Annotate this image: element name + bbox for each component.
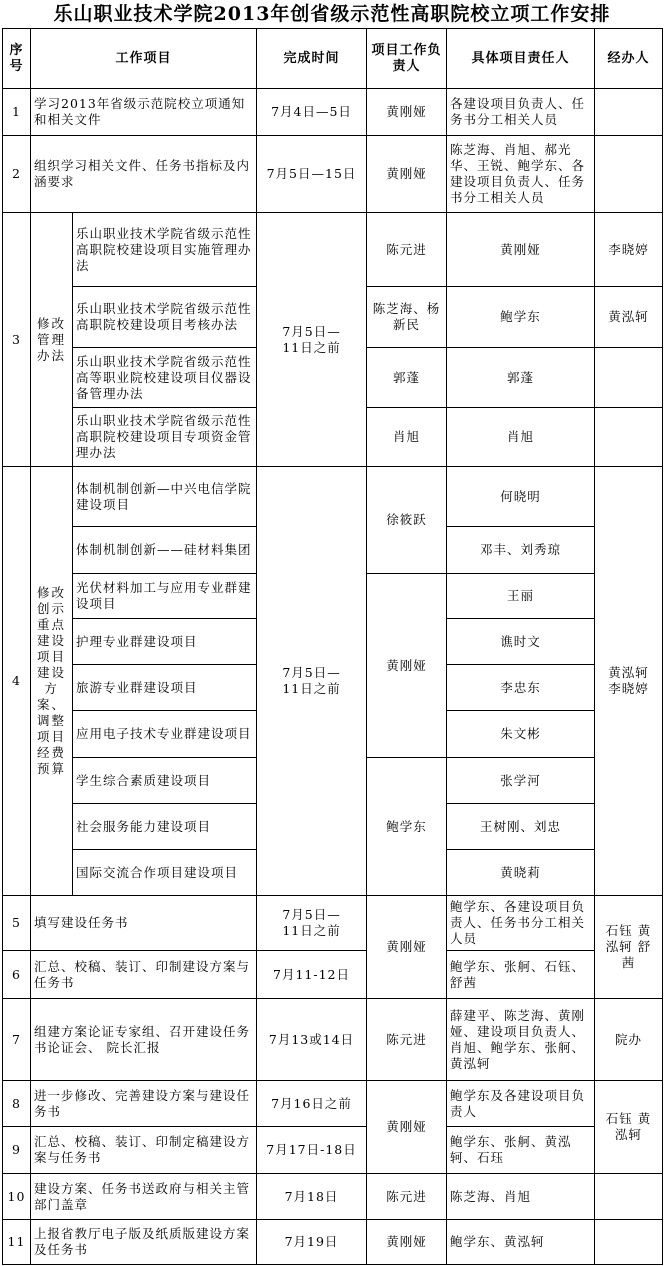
- row-handler: [595, 136, 663, 213]
- table-row: 4 修改创示重点建设项目建设方案、调整项目经费预算 体制机制创新—中兴电信学院建…: [3, 467, 663, 527]
- row-item: 组织学习相关文件、任务书指标及内涵要求: [31, 136, 257, 213]
- sub-lead: 肖旭: [367, 408, 447, 467]
- row-item: 汇总、校稿、装订、印制定稿建设方案与任务书: [31, 1127, 257, 1174]
- header-handler: 经办人: [595, 29, 663, 89]
- sub-item: 体制机制创新—中兴电信学院建设项目: [73, 467, 257, 527]
- sub-owner: 邓丰、刘秀琼: [447, 527, 595, 574]
- row-item: 上报省教厅电子版及纸质版建设方案及任务书: [31, 1220, 257, 1265]
- sub-owner: 鲍学东: [447, 287, 595, 348]
- row-handler: [595, 89, 663, 136]
- sub-owner: 肖旭: [447, 408, 595, 467]
- row-time: 7月16日之前: [257, 1081, 367, 1127]
- row-handler: 院办: [595, 999, 663, 1081]
- table-row: 3 修改管理办法 乐山职业技术学院省级示范性高职院校建设项目实施管理办法 7月5…: [3, 213, 663, 287]
- row-lead: 黄刚娅: [367, 89, 447, 136]
- table-row: 2 组织学习相关文件、任务书指标及内涵要求 7月5日—15日 黄刚娅 陈芝海、肖…: [3, 136, 663, 213]
- row-owner: 陈芝海、肖旭: [447, 1174, 595, 1220]
- sub-handler: [595, 408, 663, 467]
- sub-owner: 黄刚娅: [447, 213, 595, 287]
- row-lead: 黄刚娅: [367, 1220, 447, 1265]
- row-time: 7月13或14日: [257, 999, 367, 1081]
- row-owner: 鲍学东、各建设项目负责人、任务书分工相关人员: [447, 896, 595, 951]
- header-lead: 项目工作负责人: [367, 29, 447, 89]
- header-seq: 序号: [3, 29, 31, 89]
- row-handler: 石钰 黄泓轲: [595, 1081, 663, 1174]
- row-seq: 10: [3, 1174, 31, 1220]
- row-group: 修改创示重点建设项目建设方案、调整项目经费预算: [31, 467, 73, 896]
- row-time: 7月18日: [257, 1174, 367, 1220]
- row-time: 7月17日-18日: [257, 1127, 367, 1174]
- sub-item: 国际交流合作项目建设项目: [73, 850, 257, 896]
- row-handler: [595, 1174, 663, 1220]
- row-seq: 6: [3, 951, 31, 999]
- row-seq: 2: [3, 136, 31, 213]
- sub-lead: 陈元进: [367, 213, 447, 287]
- row-time: 7月19日: [257, 1220, 367, 1265]
- sub-owner: 何晓明: [447, 467, 595, 527]
- table-row: 11 上报省教厅电子版及纸质版建设方案及任务书 7月19日 黄刚娅 鲍学东、黄泓…: [3, 1220, 663, 1265]
- header-time: 完成时间: [257, 29, 367, 89]
- row-time: 7月11-12日: [257, 951, 367, 999]
- row-item: 建设方案、任务书送政府与相关主管部门盖章: [31, 1174, 257, 1220]
- sub-item: 光伏材料加工与应用专业群建设项目: [73, 574, 257, 619]
- row-owner: 鲍学东、张舸、石钰、舒茜: [447, 951, 595, 999]
- sub-owner: 李忠东: [447, 665, 595, 711]
- row-time: 7月4日—5日: [257, 89, 367, 136]
- table-row: 1 学习2013年省级示范院校立项通知和相关文件 7月4日—5日 黄刚娅 各建设…: [3, 89, 663, 136]
- table-row: 8 进一步修改、完善建设方案与建设任务书 7月16日之前 黄刚娅 鲍学东及各建设…: [3, 1081, 663, 1127]
- row-time: 7月5日—11日之前: [257, 896, 367, 951]
- sub-owner: 张学河: [447, 758, 595, 804]
- sub-item: 护理专业群建设项目: [73, 619, 257, 665]
- sub-lead: 徐筱跃: [367, 467, 447, 574]
- row-seq: 1: [3, 89, 31, 136]
- sub-item: 乐山职业技术学院省级示范性高职院校建设项目实施管理办法: [73, 213, 257, 287]
- table-row: 5 填写建设任务书 7月5日—11日之前 黄刚娅 鲍学东、各建设项目负责人、任务…: [3, 896, 663, 951]
- row-item: 组建方案论证专家组、召开建设任务书论证会、 院长汇报: [31, 999, 257, 1081]
- sub-item: 学生综合素质建设项目: [73, 758, 257, 804]
- sub-handler: 黄泓轲: [595, 287, 663, 348]
- sub-item: 社会服务能力建设项目: [73, 804, 257, 850]
- table-row: 7 组建方案论证专家组、召开建设任务书论证会、 院长汇报 7月13或14日 陈元…: [3, 999, 663, 1081]
- row-item: 填写建设任务书: [31, 896, 257, 951]
- sub-item: 应用电子技术专业群建设项目: [73, 711, 257, 758]
- sub-owner: 王丽: [447, 574, 595, 619]
- document-title: 乐山职业技术学院2013年创省级示范性高职院校立项工作安排: [0, 0, 664, 28]
- sub-lead: 黄刚娅: [367, 574, 447, 758]
- row-owner: 陈芝海、肖旭、郝光华、王锐、鲍学东、各建设项目负责人、任务书分工相关人员: [447, 136, 595, 213]
- row-lead: 黄刚娅: [367, 136, 447, 213]
- row-handler: [595, 1220, 663, 1265]
- row-lead: 黄刚娅: [367, 896, 447, 999]
- row-time: 7月5日—11日之前: [257, 467, 367, 896]
- sub-item: 乐山职业技术学院省级示范性高职院校建设项目考核办法: [73, 287, 257, 348]
- sub-item: 旅游专业群建设项目: [73, 665, 257, 711]
- row-seq: 4: [3, 467, 31, 896]
- row-handler: 黄泓轲 李晓婷: [595, 467, 663, 896]
- sub-item: 乐山职业技术学院省级示范性高职院校建设项目专项资金管理办法: [73, 408, 257, 467]
- sub-owner: 谯时文: [447, 619, 595, 665]
- table-row: 10 建设方案、任务书送政府与相关主管部门盖章 7月18日 陈元进 陈芝海、肖旭: [3, 1174, 663, 1220]
- sub-lead: 郭蓬: [367, 348, 447, 408]
- row-seq: 11: [3, 1220, 31, 1265]
- row-group: 修改管理办法: [31, 213, 73, 467]
- row-seq: 3: [3, 213, 31, 467]
- row-handler: 石钰 黄泓轲 舒茜: [595, 896, 663, 999]
- sub-owner: 黄晓莉: [447, 850, 595, 896]
- row-owner: 鲍学东及各建设项目负责人: [447, 1081, 595, 1127]
- row-seq: 7: [3, 999, 31, 1081]
- row-owner: 薛建平、陈芝海、黄刚娅、建设项目负责人、肖旭、鲍学东、张舸、黄泓轲: [447, 999, 595, 1081]
- work-schedule-table: 序号 工作项目 完成时间 项目工作负责人 具体项目责任人 经办人 1 学习201…: [2, 28, 663, 1265]
- row-seq: 5: [3, 896, 31, 951]
- row-item: 汇总、校稿、装订、印制建设方案与任务书: [31, 951, 257, 999]
- sub-item: 体制机制创新——硅材料集团: [73, 527, 257, 574]
- row-seq: 9: [3, 1127, 31, 1174]
- table-row: 9 汇总、校稿、装订、印制定稿建设方案与任务书 7月17日-18日 鲍学东、张舸…: [3, 1127, 663, 1174]
- row-time: 7月5日—11日之前: [257, 213, 367, 467]
- row-owner: 鲍学东、张舸、黄泓轲、石珏: [447, 1127, 595, 1174]
- row-lead: 黄刚娅: [367, 1081, 447, 1174]
- sub-owner: 朱文彬: [447, 711, 595, 758]
- row-owner: 各建设项目负责人、任务书分工相关人员: [447, 89, 595, 136]
- sub-handler: [595, 348, 663, 408]
- sub-lead: 陈芝海、杨新民: [367, 287, 447, 348]
- row-seq: 8: [3, 1081, 31, 1127]
- sub-item: 乐山职业技术学院省级示范性高等职业院校建设项目仪器设备管理办法: [73, 348, 257, 408]
- sub-lead: 鲍学东: [367, 758, 447, 896]
- header-row: 序号 工作项目 完成时间 项目工作负责人 具体项目责任人 经办人: [3, 29, 663, 89]
- sub-owner: 王树刚、刘忠: [447, 804, 595, 850]
- header-owner: 具体项目责任人: [447, 29, 595, 89]
- row-lead: 陈元进: [367, 999, 447, 1081]
- sub-handler: 李晓婷: [595, 213, 663, 287]
- row-time: 7月5日—15日: [257, 136, 367, 213]
- row-item: 进一步修改、完善建设方案与建设任务书: [31, 1081, 257, 1127]
- header-item: 工作项目: [31, 29, 257, 89]
- row-item: 学习2013年省级示范院校立项通知和相关文件: [31, 89, 257, 136]
- row-lead: 陈元进: [367, 1174, 447, 1220]
- row-owner: 鲍学东、黄泓轲: [447, 1220, 595, 1265]
- table-row: 6 汇总、校稿、装订、印制建设方案与任务书 7月11-12日 鲍学东、张舸、石钰…: [3, 951, 663, 999]
- sub-owner: 郭蓬: [447, 348, 595, 408]
